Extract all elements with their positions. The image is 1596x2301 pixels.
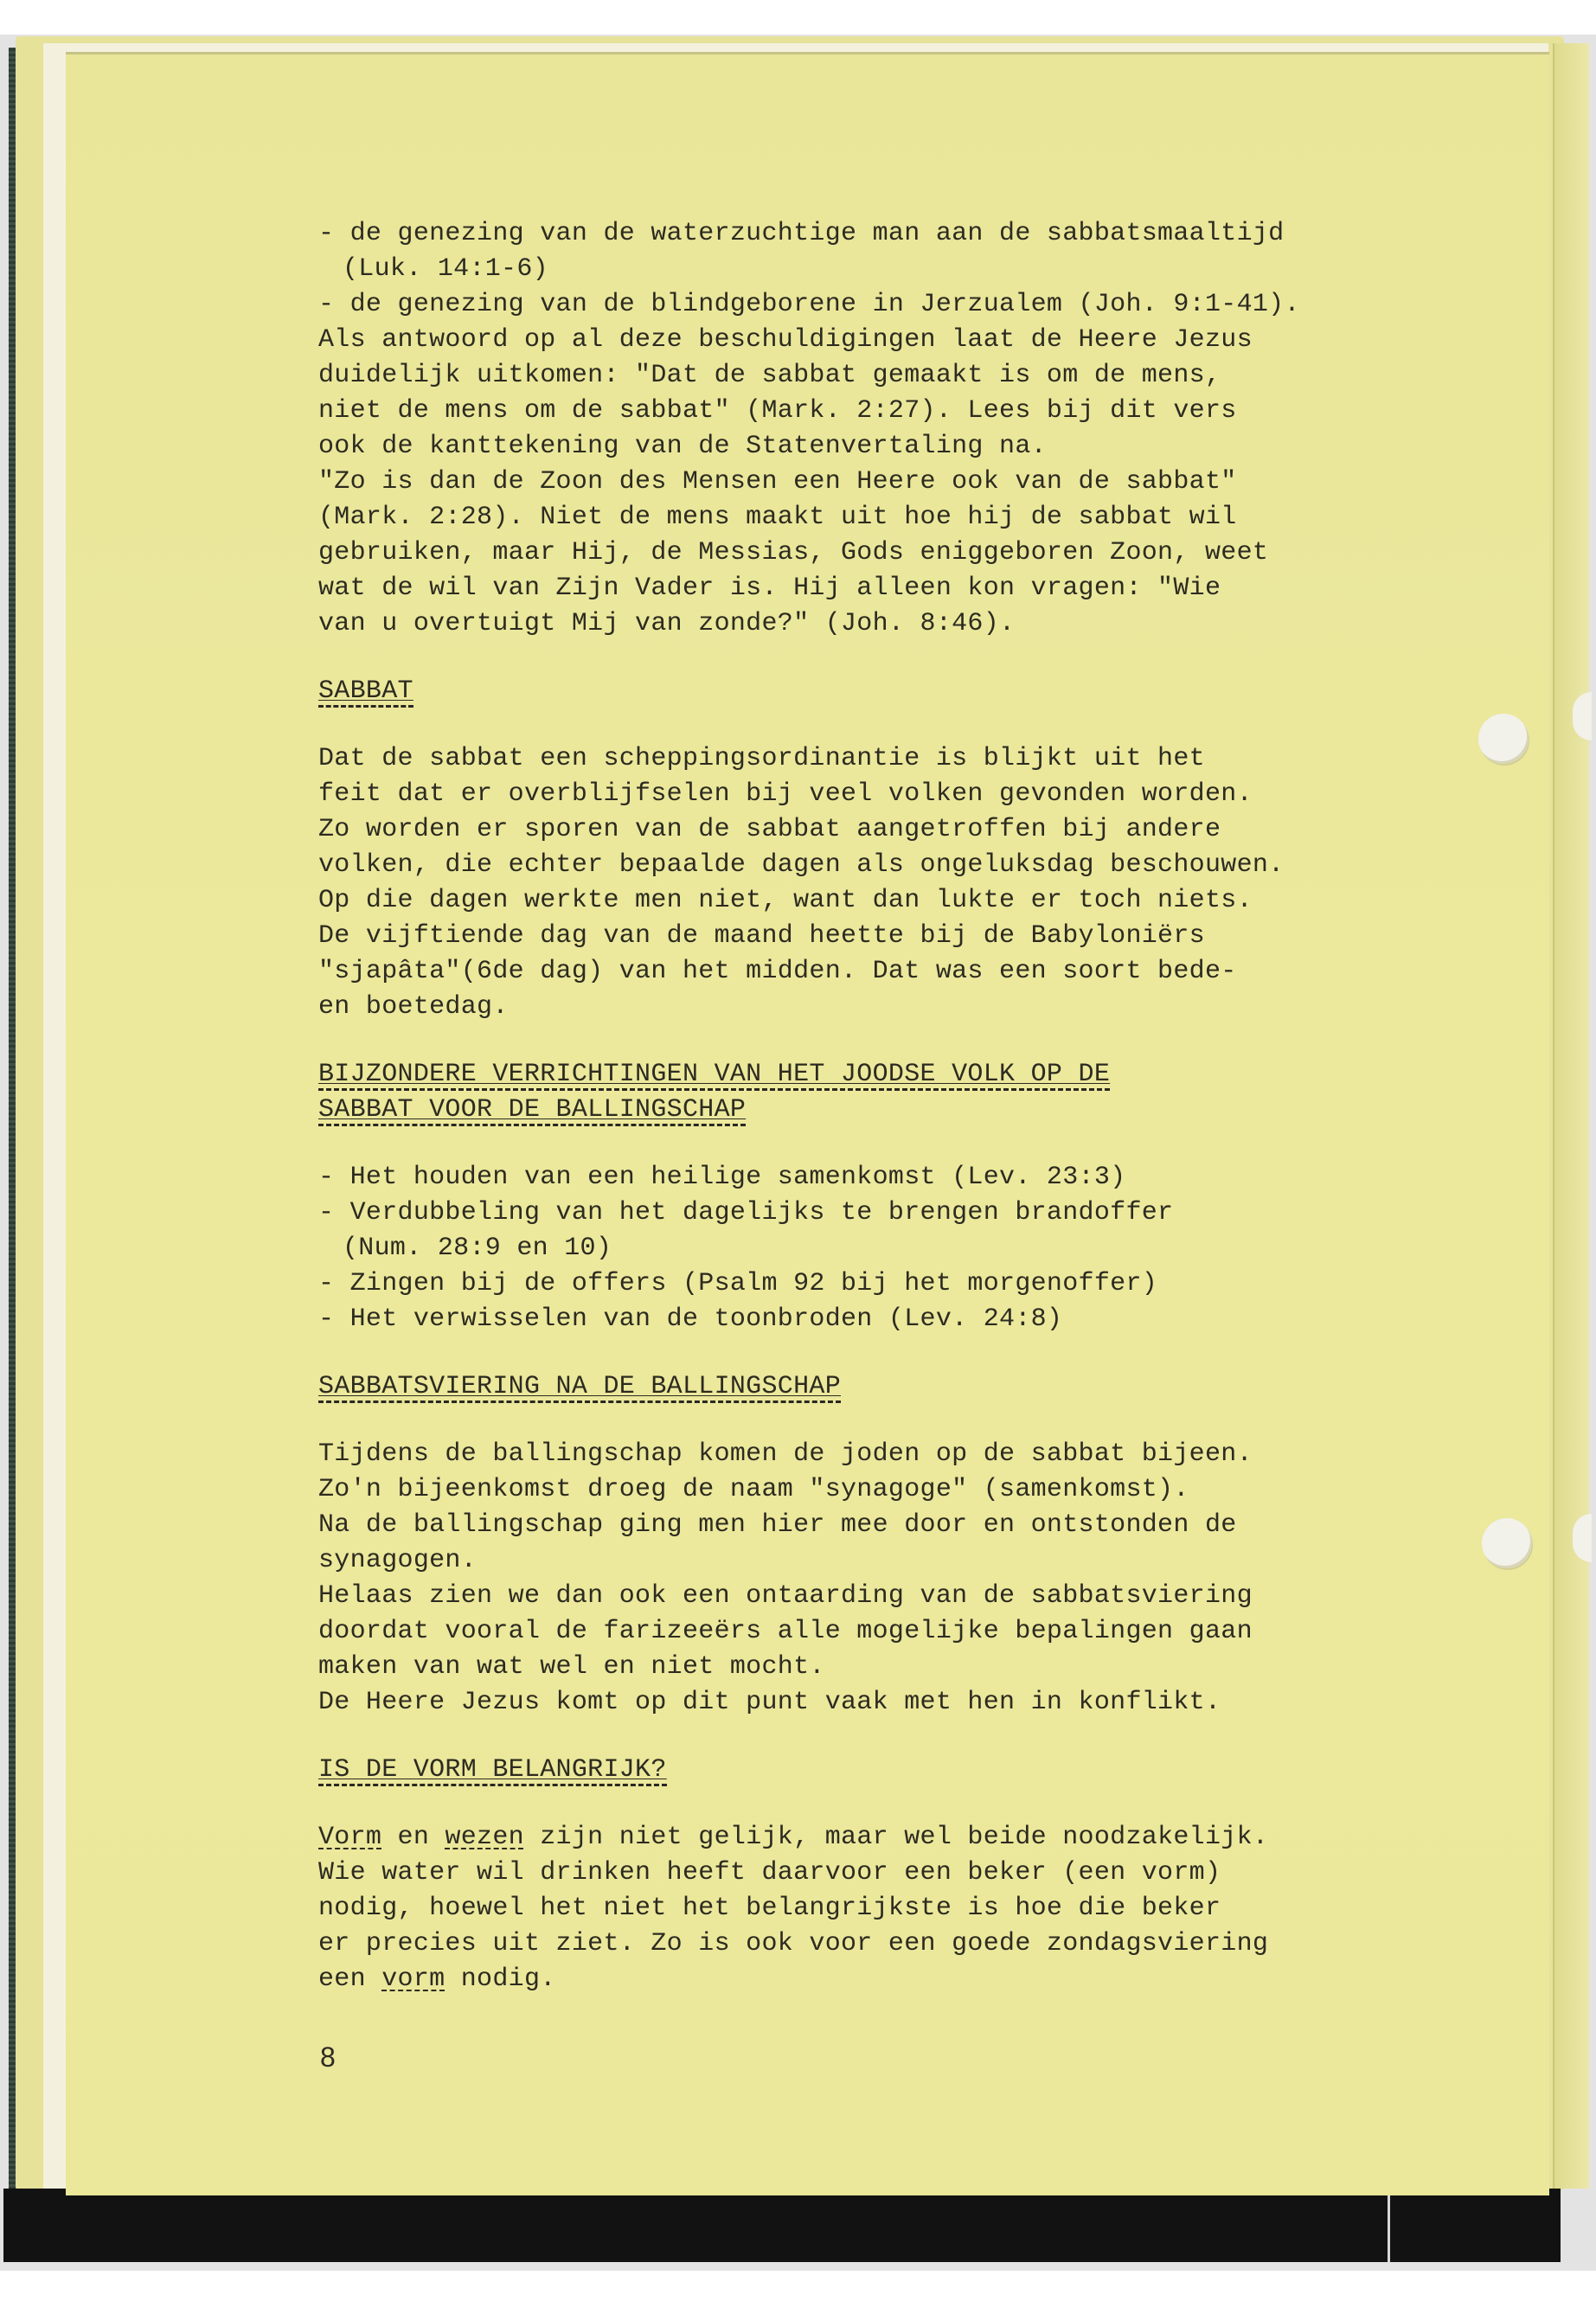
binder-cover-bottom bbox=[3, 2189, 1561, 2262]
sections-container: SABBATDat de sabbat een scheppingsordina… bbox=[318, 642, 1443, 1997]
text-line: ook de kanttekening van de Statenvertali… bbox=[318, 429, 1443, 465]
text-line: niet de mens om de sabbat" (Mark. 2:27).… bbox=[318, 394, 1443, 429]
spacer bbox=[318, 1025, 1443, 1057]
section-heading-line: IS DE VORM BELANGRIJK? bbox=[318, 1753, 1443, 1788]
emphasized-word: Vorm bbox=[318, 1823, 381, 1852]
emphasized-word: vorm bbox=[381, 1965, 445, 1994]
text-line: Als antwoord op al deze beschuldigingen … bbox=[318, 323, 1443, 358]
spacer bbox=[318, 1721, 1443, 1753]
section: SABBATDat de sabbat een scheppingsordina… bbox=[318, 674, 1443, 1025]
intro-block: - de genezing van de waterzuchtige man a… bbox=[318, 216, 1443, 642]
text-segment: nodig. bbox=[445, 1965, 555, 1994]
section-heading-text: SABBAT VOOR DE BALLINGSCHAP bbox=[318, 1095, 746, 1125]
text-line: - Het verwisselen van de toonbroden (Lev… bbox=[318, 1302, 1443, 1337]
section: SABBATSVIERING NA DE BALLINGSCHAPTijdens… bbox=[318, 1369, 1443, 1721]
spacer bbox=[318, 1128, 1443, 1160]
text-line: een vorm nodig. bbox=[318, 1962, 1443, 1997]
text-line: synagogen. bbox=[318, 1543, 1443, 1579]
text-line: - de genezing van de waterzuchtige man a… bbox=[318, 216, 1443, 252]
text-segment: zijn niet gelijk, maar wel beide noodzak… bbox=[524, 1823, 1268, 1852]
section-heading-line: SABBAT VOOR DE BALLINGSCHAP bbox=[318, 1093, 1443, 1128]
text-line: wat de wil van Zijn Vader is. Hij alleen… bbox=[318, 571, 1443, 606]
text-line: De Heere Jezus komt op dit punt vaak met… bbox=[318, 1685, 1443, 1721]
section-heading-line: SABBAT bbox=[318, 674, 1443, 709]
text-line: Wie water wil drinken heeft daarvoor een… bbox=[318, 1856, 1443, 1891]
text-line: - Het houden van een heilige samenkomst … bbox=[318, 1160, 1443, 1195]
section-heading-text: BIJZONDERE VERRICHTINGEN VAN HET JOODSE … bbox=[318, 1060, 1110, 1089]
section: IS DE VORM BELANGRIJK?Vorm en wezen zijn… bbox=[318, 1753, 1443, 1997]
punch-hole bbox=[1478, 714, 1529, 764]
text-line: Tijdens de ballingschap komen de joden o… bbox=[318, 1437, 1443, 1472]
spacer bbox=[318, 1788, 1443, 1820]
text-line: nodig, hoewel het niet het belangrijkste… bbox=[318, 1891, 1443, 1926]
section-heading-text: SABBAT bbox=[318, 676, 413, 706]
text-line: Dat de sabbat een scheppingsordinantie i… bbox=[318, 741, 1443, 777]
spacer bbox=[318, 709, 1443, 741]
text-line: doordat vooral de farizeeërs alle mogeli… bbox=[318, 1614, 1443, 1650]
text-line: (Mark. 2:28). Niet de mens maakt uit hoe… bbox=[318, 500, 1443, 535]
section-heading-line: BIJZONDERE VERRICHTINGEN VAN HET JOODSE … bbox=[318, 1057, 1443, 1093]
text-segment: en bbox=[381, 1823, 445, 1852]
page-number: 8 bbox=[320, 2041, 336, 2073]
text-line: (Luk. 14:1-6) bbox=[318, 252, 1443, 287]
text-line: Helaas zien we dan ook een ontaarding va… bbox=[318, 1579, 1443, 1614]
spacer bbox=[318, 1337, 1443, 1369]
text-line: gebruiken, maar Hij, de Messias, Gods en… bbox=[318, 535, 1443, 571]
section-heading: SABBAT bbox=[318, 674, 413, 709]
text-line: maken van wat wel en niet mocht. bbox=[318, 1650, 1443, 1685]
section-heading-text: IS DE VORM BELANGRIJK? bbox=[318, 1755, 667, 1785]
page-stack-right-edge bbox=[1553, 43, 1589, 2189]
text-segment: een bbox=[318, 1965, 381, 1994]
text-line: Zo worden er sporen van de sabbat aanget… bbox=[318, 812, 1443, 848]
text-line: De vijftiende dag van de maand heette bi… bbox=[318, 919, 1443, 954]
section-heading-line: SABBATSVIERING NA DE BALLINGSCHAP bbox=[318, 1369, 1443, 1405]
section-heading: SABBATSVIERING NA DE BALLINGSCHAP bbox=[318, 1369, 841, 1405]
section-heading: IS DE VORM BELANGRIJK? bbox=[318, 1753, 667, 1788]
page-body: - de genezing van de waterzuchtige man a… bbox=[318, 216, 1443, 1997]
text-line: van u overtuigt Mij van zonde?" (Joh. 8:… bbox=[318, 606, 1443, 642]
cover-scuff bbox=[1388, 2189, 1390, 2262]
text-line: duidelijk uitkomen: "Dat de sabbat gemaa… bbox=[318, 358, 1443, 394]
text-line: Na de ballingschap ging men hier mee doo… bbox=[318, 1508, 1443, 1543]
spacer bbox=[318, 642, 1443, 674]
text-line: er precies uit ziet. Zo is ook voor een … bbox=[318, 1926, 1443, 1962]
text-line: Op die dagen werkte men niet, want dan l… bbox=[318, 883, 1443, 919]
text-line: (Num. 28:9 en 10) bbox=[318, 1231, 1443, 1266]
text-line: - de genezing van de blindgeborene in Je… bbox=[318, 287, 1443, 323]
text-line: Vorm en wezen zijn niet gelijk, maar wel… bbox=[318, 1820, 1443, 1856]
text-line: - Verdubbeling van het dagelijks te bren… bbox=[318, 1195, 1443, 1231]
section: BIJZONDERE VERRICHTINGEN VAN HET JOODSE … bbox=[318, 1057, 1443, 1337]
text-line: en boetedag. bbox=[318, 990, 1443, 1025]
text-line: volken, die echter bepaalde dagen als on… bbox=[318, 848, 1443, 883]
spacer bbox=[318, 1405, 1443, 1437]
section-heading: SABBAT VOOR DE BALLINGSCHAP bbox=[318, 1093, 746, 1128]
section-heading-text: SABBATSVIERING NA DE BALLINGSCHAP bbox=[318, 1372, 841, 1401]
text-line: feit dat er overblijfselen bij veel volk… bbox=[318, 777, 1443, 812]
section-heading: BIJZONDERE VERRICHTINGEN VAN HET JOODSE … bbox=[318, 1057, 1110, 1093]
text-line: "Zo is dan de Zoon des Mensen een Heere … bbox=[318, 465, 1443, 500]
text-line: "sjapâta"(6de dag) van het midden. Dat w… bbox=[318, 954, 1443, 990]
emphasized-word: wezen bbox=[445, 1823, 524, 1852]
text-line: - Zingen bij de offers (Psalm 92 bij het… bbox=[318, 1266, 1443, 1302]
punch-hole bbox=[1482, 1518, 1532, 1568]
text-line: Zo'n bijeenkomst droeg de naam "synagoge… bbox=[318, 1472, 1443, 1508]
